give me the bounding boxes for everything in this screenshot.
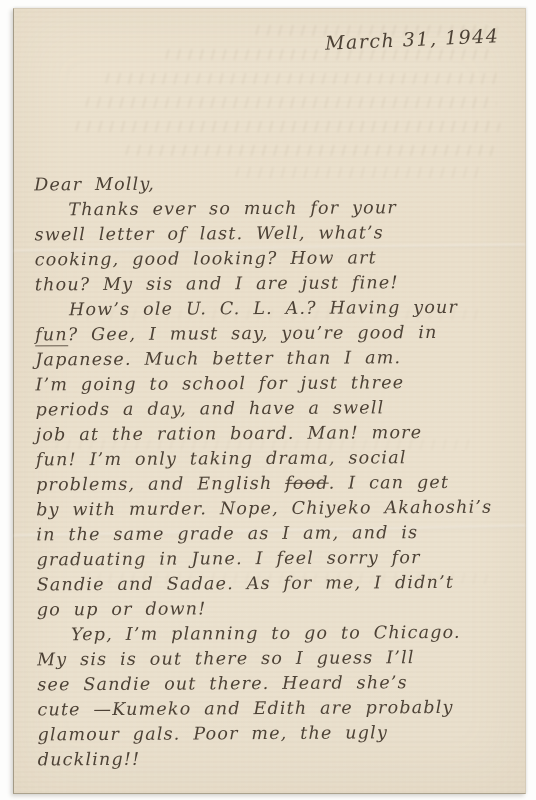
- letter-line: Japanese. Much better than I am.: [23, 346, 514, 374]
- letter-line: periods a day, and have a swell: [24, 396, 515, 424]
- underlined-word: fun: [35, 325, 68, 346]
- letter-line: fun! I’m only taking drama, social: [24, 446, 515, 474]
- scan-background: March 31, 1944 Dear Molly,Thanks ever so…: [0, 0, 536, 800]
- bleed-through-ghost-line: [104, 73, 501, 84]
- letter-line: in the same grade as I am, and is: [24, 520, 515, 548]
- letter-line: thou? My sis and I are just fine!: [23, 271, 514, 299]
- letter-line: How’s ole U. C. L. A.? Having your: [23, 296, 514, 324]
- struck-out-word: food: [285, 474, 329, 494]
- bleed-through-ghost-line: [74, 121, 501, 132]
- letter-lines: Dear Molly,Thanks ever so much for yours…: [22, 171, 517, 774]
- letter-line: My sis is out there so I guess I’ll: [25, 645, 516, 673]
- letter-line: I’m going to school for just three: [23, 371, 514, 399]
- letter-line: by with murder. Nope, Chiyeko Akahoshi’s: [24, 495, 515, 523]
- letter-line: Sandie and Sadae. As for me, I didn’t: [25, 570, 516, 598]
- letter-line: Thanks ever so much for your: [22, 196, 513, 224]
- letter-line: cooking, good looking? How art: [23, 246, 514, 274]
- bleed-through-ghost-line: [124, 145, 495, 156]
- letter-line: swell letter of last. Well, what’s: [22, 221, 513, 249]
- letter-line: go up or down!: [25, 595, 516, 623]
- letter-line: fun? Gee, I must say, you’re good in: [23, 321, 514, 349]
- letter-line: Yep, I’m planning to go to Chicago.: [25, 620, 516, 648]
- bleed-through-ghost-line: [84, 97, 497, 108]
- letter-line: glamour gals. Poor me, the ugly: [26, 720, 517, 748]
- letter-line: see Sandie out there. Heard she’s: [25, 670, 516, 698]
- letter-line: job at the ration board. Man! more: [24, 421, 515, 449]
- letter-paper: March 31, 1944 Dear Molly,Thanks ever so…: [13, 8, 526, 794]
- letter-line: problems, and English food. I can get: [24, 471, 515, 499]
- letter-line: cute —Kumeko and Edith are probably: [25, 695, 516, 723]
- letter-line: Dear Molly,: [22, 171, 513, 199]
- letter-line: graduating in June. I feel sorry for: [24, 545, 515, 573]
- letter-line: duckling!!: [26, 745, 517, 773]
